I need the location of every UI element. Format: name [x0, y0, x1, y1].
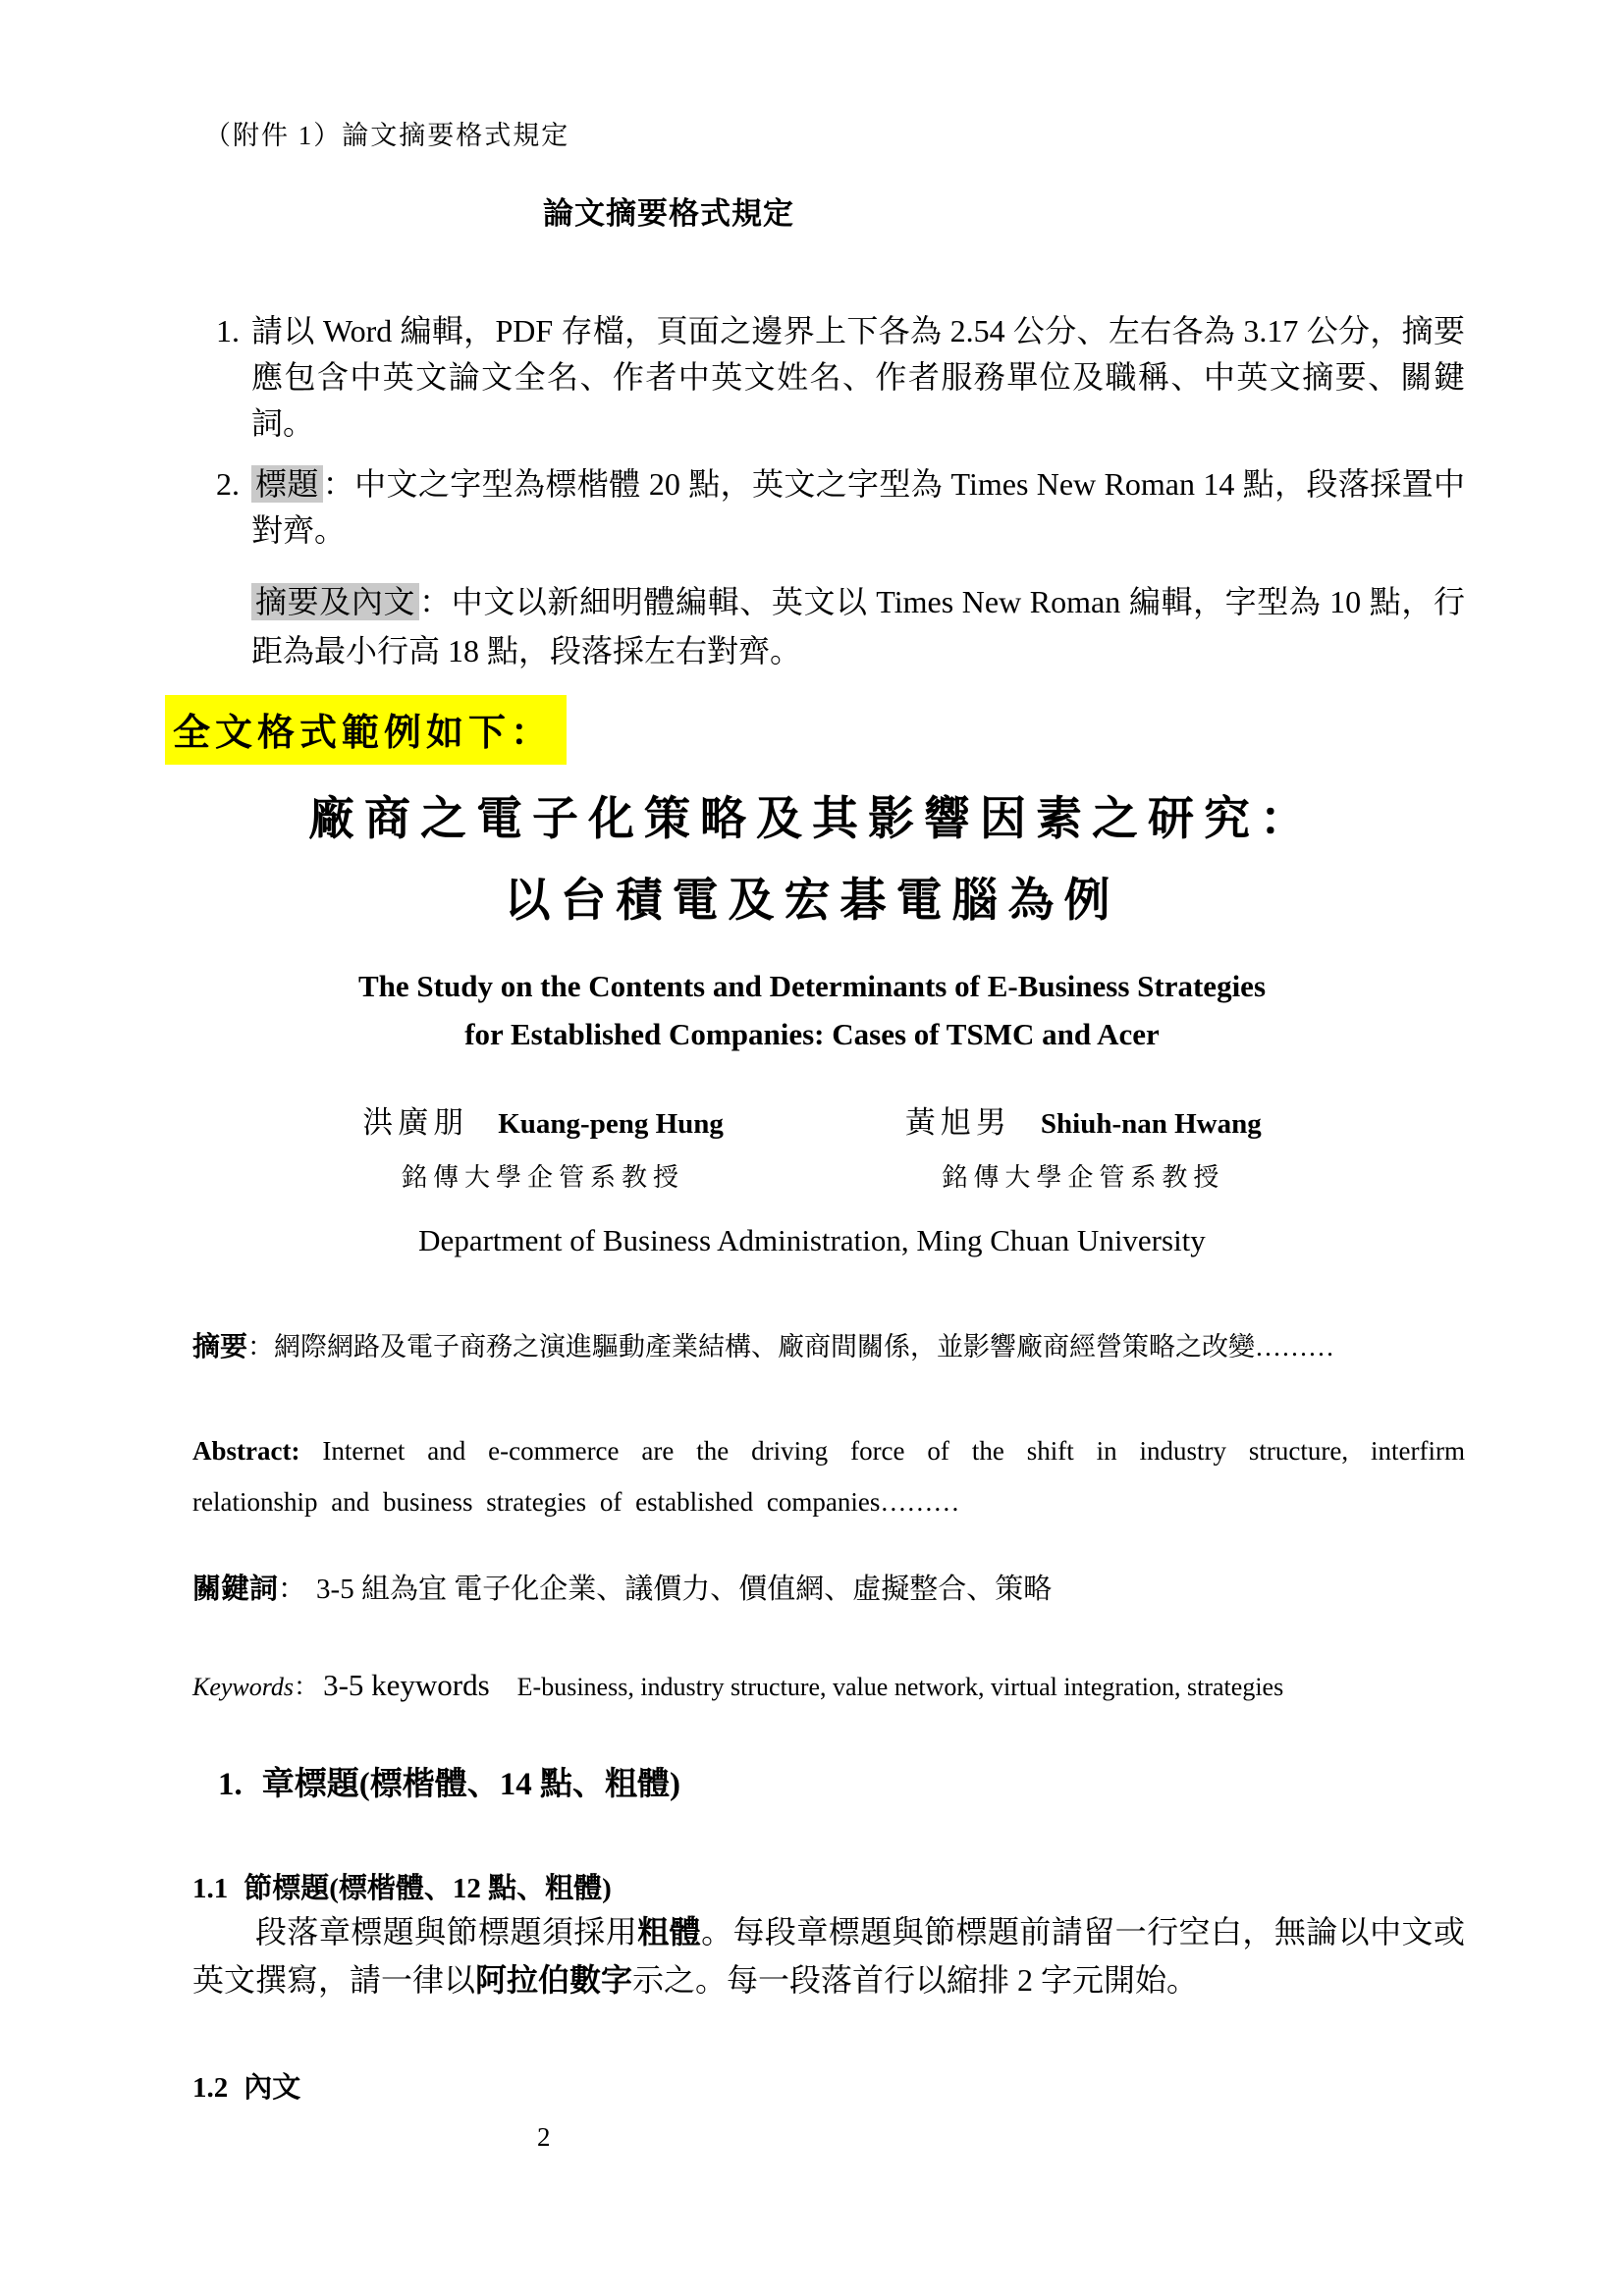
rule-1-text: 請以 Word 編輯，PDF 存檔，頁面之邊界上下各為 2.54 公分、左右各為… [251, 308, 1465, 447]
rule-abstract-format: 摘要及內文：中文以新細明體編輯、英文以 Times New Roman 編輯，字… [251, 577, 1465, 675]
keywords-zh-separator: ： [278, 1574, 306, 1605]
bold-term-arabic-numerals: 阿拉伯數字 [475, 1962, 632, 1998]
abstract-zh-label: 摘要 [192, 1332, 247, 1362]
author-1-affiliation: 銘傳大學企管系教授 [362, 1157, 724, 1194]
rule-2-body: 中文之字型為標楷體 20 點，英文之字型為 Times New Roman 14… [251, 466, 1465, 548]
paper-title-zh: 廠商之電子化策略及其影響因素之研究： 以台積電及宏碁電腦為例 [0, 779, 1624, 942]
document-title: 論文摘要格式規定 [543, 188, 794, 233]
author-1-name-zh: 洪廣朋 [362, 1105, 468, 1140]
abstract-zh-text: 網際網路及電子商務之演進驅動產業結構、廠商間關係，並影響廠商經營策略之改變……… [274, 1332, 1334, 1362]
section-1-2-heading: 1.2內文 [192, 2065, 300, 2106]
rule-2-text: 標題：中文之字型為標楷體 20 點，英文之字型為 Times New Roman… [251, 461, 1465, 554]
keywords-zh-label: 關鍵詞 [192, 1574, 278, 1605]
author-block-2: 黃旭男Shiuh-nan Hwang 銘傳大學企管系教授 [905, 1097, 1262, 1194]
bold-term-bodytype: 粗體 [637, 1914, 701, 1949]
paper-title-zh-line2: 以台積電及宏碁電腦為例 [0, 861, 1624, 942]
author-1-name-en: Kuang-peng Hung [498, 1108, 724, 1140]
paper-title-zh-line1: 廠商之電子化策略及其影響因素之研究： [0, 779, 1624, 861]
rule-1-number: 1. [216, 308, 240, 354]
rule-2-separator: ： [323, 466, 354, 502]
abstract-zh-separator: ： [247, 1332, 274, 1362]
paper-title-en-line2: for Established Companies: Cases of TSMC… [0, 1010, 1624, 1058]
highlighted-term-title: 標題 [251, 465, 323, 503]
keywords-en-separator: ： [294, 1673, 319, 1701]
section-body-paragraph: 段落章標題與節標題須採用粗體。每段章標題與節標題前請留一行空白，無論以中文或英文… [192, 1908, 1465, 2004]
abstract-zh-paragraph: 摘要：網際網路及電子商務之演進驅動產業結構、廠商間關係，並影響廠商經營策略之改變… [192, 1325, 1469, 1364]
rule-item-2: 2. 標題：中文之字型為標楷體 20 點，英文之字型為 Times New Ro… [216, 461, 1465, 554]
author-1-names: 洪廣朋Kuang-peng Hung [362, 1097, 724, 1142]
keywords-zh-text: 3-5 組為宜 電子化企業、議價力、價值網、虛擬整合、策略 [316, 1574, 1052, 1605]
attachment-note: （附件 1）論文摘要格式規定 [204, 114, 569, 152]
author-block-1: 洪廣朋Kuang-peng Hung 銘傳大學企管系教授 [362, 1097, 724, 1194]
section-1-2-number: 1.2 [192, 2072, 228, 2104]
author-2-name-zh: 黃旭男 [905, 1105, 1011, 1140]
abstract-en-text: Internet and e-commerce are the driving … [192, 1436, 1465, 1517]
body-text-1: 段落章標題與節標題須採用 [255, 1914, 637, 1949]
keywords-en-text: E-business, industry structure, value ne… [517, 1673, 1284, 1701]
section-1-number: 1. [218, 1767, 243, 1802]
keywords-zh-paragraph: 關鍵詞：3-5 組為宜 電子化企業、議價力、價值網、虛擬整合、策略 [192, 1567, 1508, 1607]
body-text-3: 示之。每一段落首行以縮排 2 字元開始。 [632, 1962, 1198, 1998]
department-line: Department of Business Administration, M… [0, 1223, 1624, 1258]
author-2-name-en: Shiuh-nan Hwang [1041, 1108, 1262, 1140]
author-2-affiliation: 銘傳大學企管系教授 [905, 1157, 1262, 1194]
keywords-en-paragraph: Keywords：3-5 keywordsE-business, industr… [192, 1667, 1567, 1703]
section-1-1-title: 節標題(標楷體、12 點、粗體) [244, 1873, 612, 1904]
example-note-highlighted: 全文格式範例如下： [165, 695, 567, 765]
rule-item-1: 1. 請以 Word 編輯，PDF 存檔，頁面之邊界上下各為 2.54 公分、左… [216, 308, 1465, 447]
section-1-1-heading: 1.1節標題(標楷體、12 點、粗體) [192, 1866, 612, 1906]
section-1-heading: 1.章標題(標楷體、14 點、粗體) [218, 1758, 680, 1804]
keywords-en-label: Keywords [192, 1673, 294, 1701]
section-1-1-number: 1.1 [192, 1873, 228, 1904]
authors-row: 洪廣朋Kuang-peng Hung 銘傳大學企管系教授 黃旭男Shiuh-na… [0, 1097, 1624, 1194]
highlighted-term-abstract: 摘要及內文 [251, 583, 419, 620]
paper-title-en-line1: The Study on the Contents and Determinan… [0, 962, 1624, 1010]
author-2-names: 黃旭男Shiuh-nan Hwang [905, 1097, 1262, 1142]
keywords-en-hint: 3-5 keywords [323, 1668, 490, 1702]
section-1-title: 章標題(標楷體、14 點、粗體) [262, 1767, 680, 1802]
paper-title-en: The Study on the Contents and Determinan… [0, 962, 1624, 1058]
abstract-en-paragraph: Abstract: Internet and e-commerce are th… [192, 1425, 1465, 1527]
document-page: （附件 1）論文摘要格式規定 論文摘要格式規定 1. 請以 Word 編輯，PD… [0, 0, 1624, 2296]
rule-2-number: 2. [216, 461, 240, 507]
rule-abstract-separator: ： [419, 584, 452, 619]
abstract-en-label: Abstract: [192, 1436, 299, 1466]
page-number: 2 [537, 2122, 551, 2153]
section-1-2-title: 內文 [244, 2072, 300, 2104]
